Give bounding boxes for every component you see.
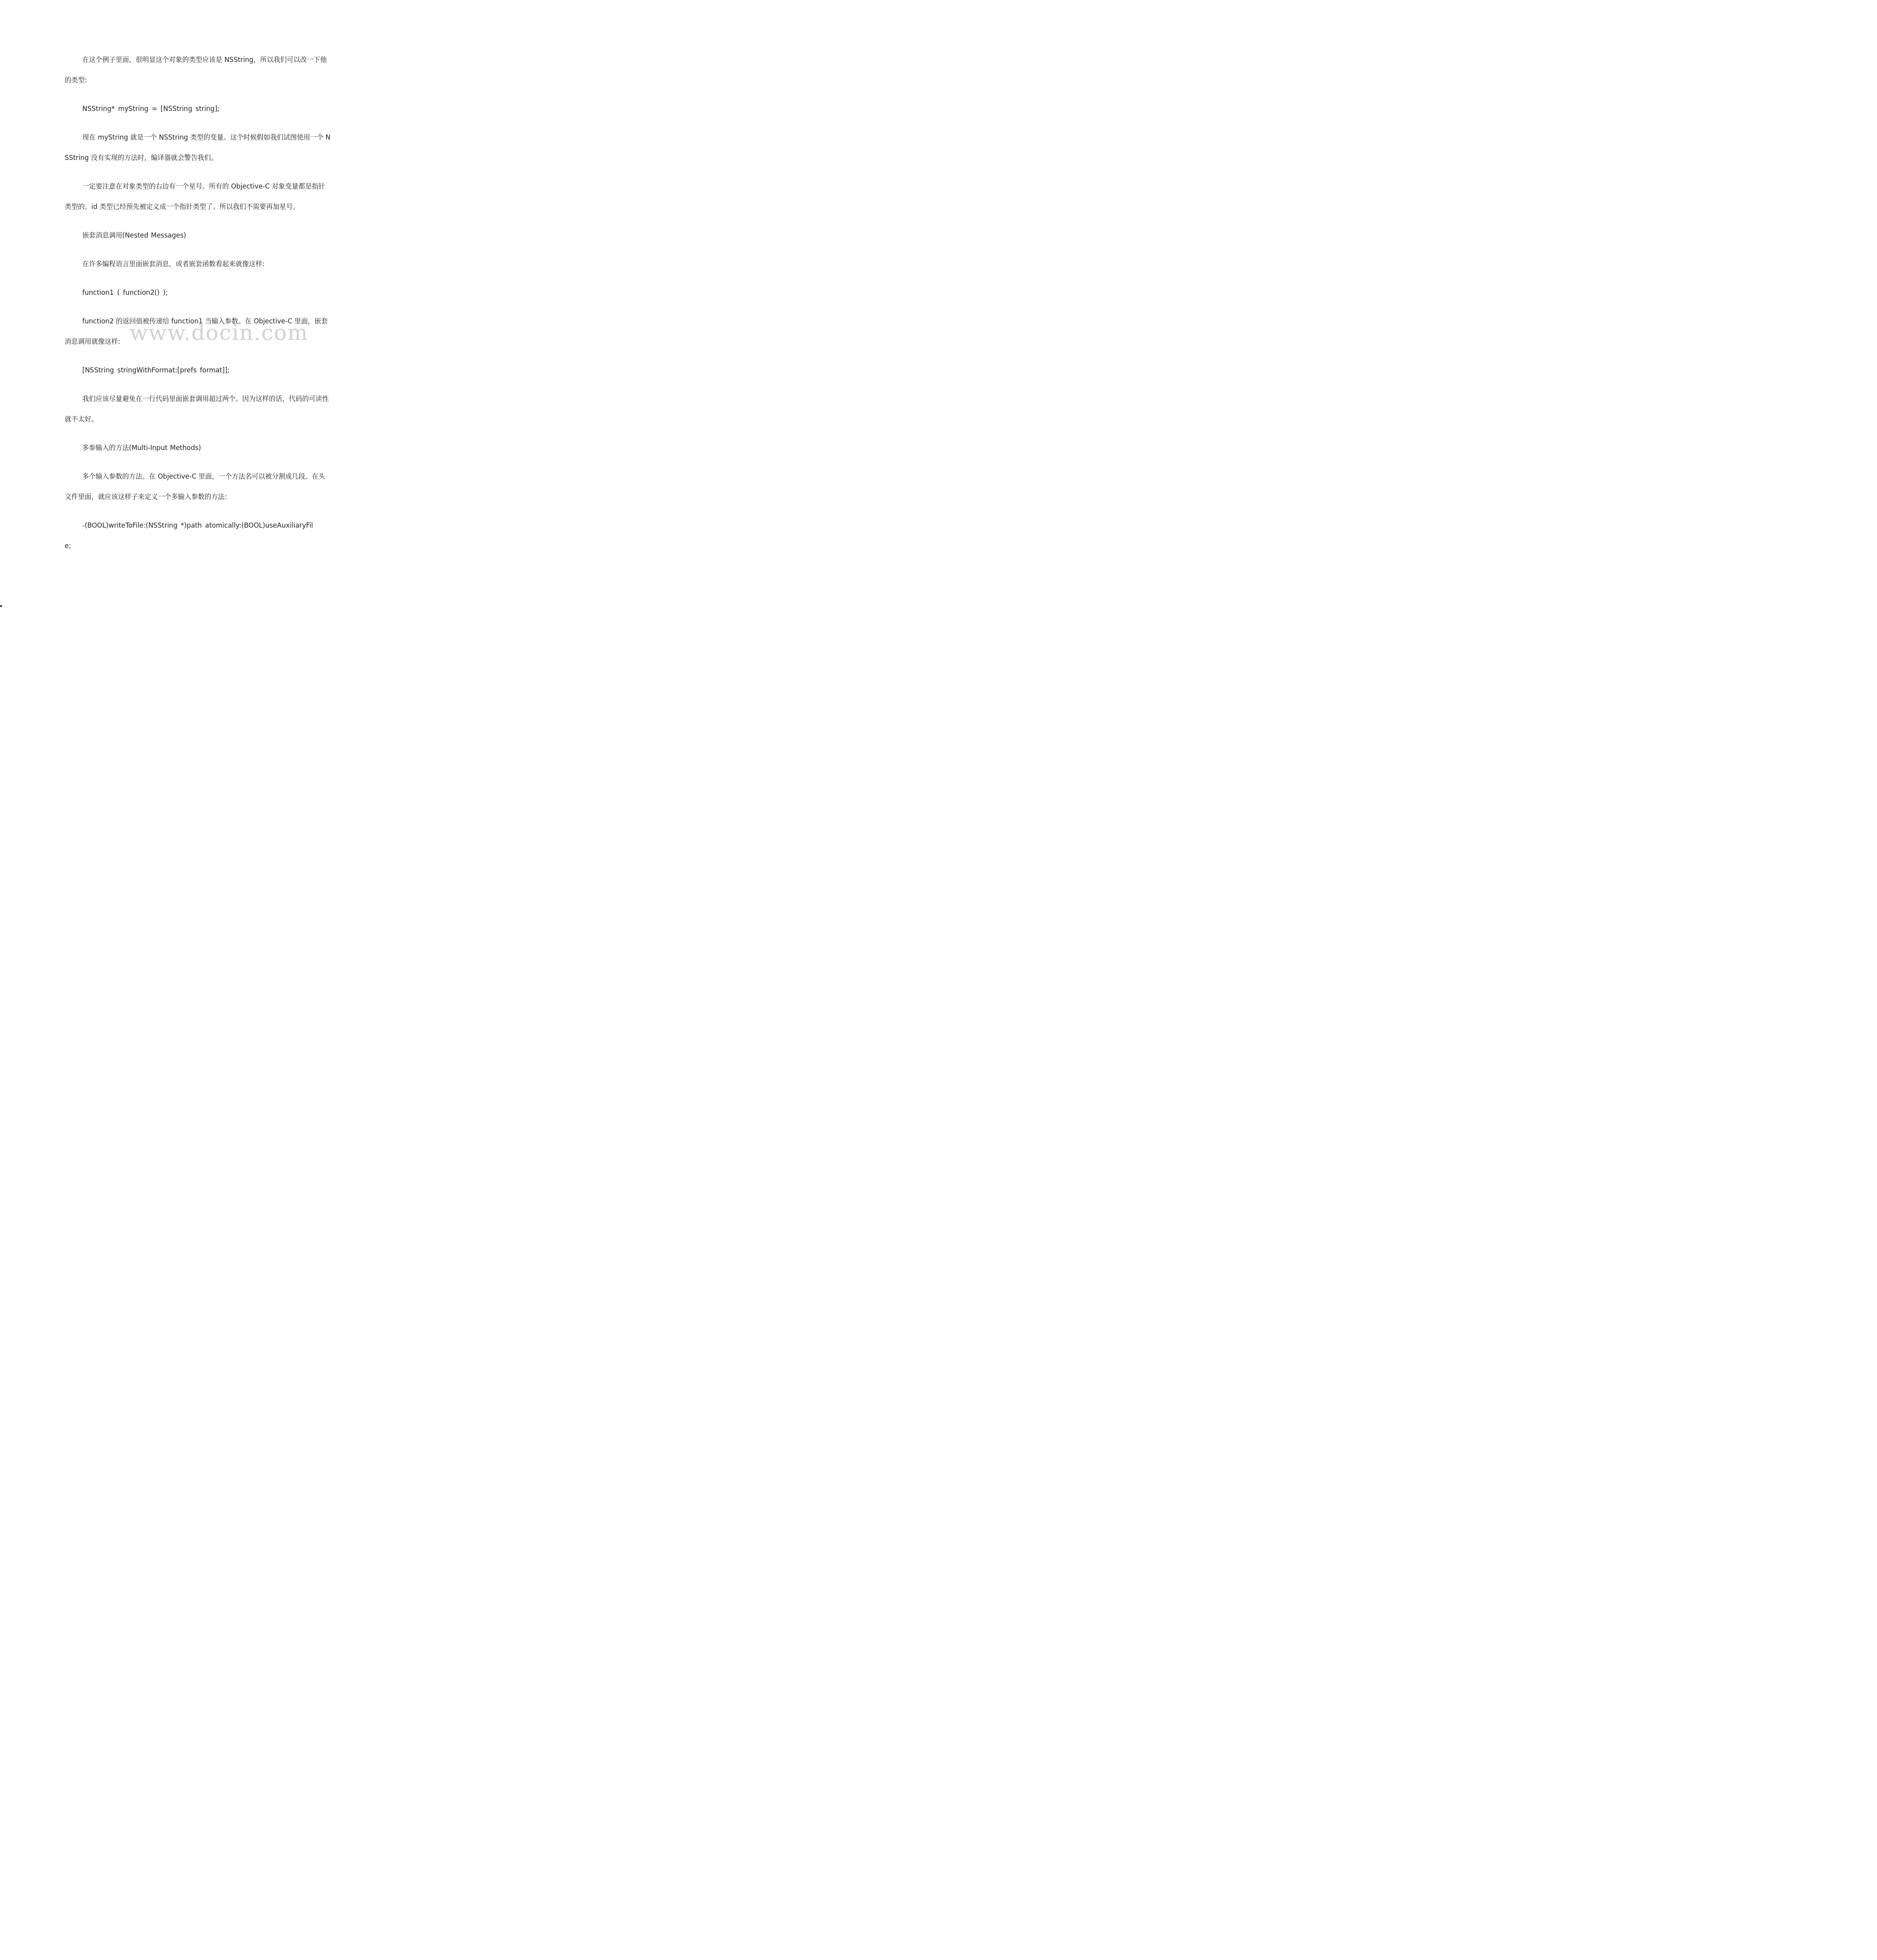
document-body: 在这个例子里面，很明显这个对象的类型应该是 NSString，所以我们可以改一下…: [65, 50, 368, 556]
text-line: 在这个例子里面，很明显这个对象的类型应该是 NSString，所以我们可以改一下…: [65, 50, 368, 70]
text-line: 的类型:: [65, 70, 368, 91]
section-heading: 多参输入的方法(Multi-Input Methods): [65, 438, 368, 458]
text-line: 类型的。id 类型已经预先被定义成一个指针类型了。所以我们不需要再加星号。: [65, 197, 368, 217]
text-line: 在许多编程语言里面嵌套消息，或者嵌套函数看起来就像这样:: [65, 254, 368, 274]
text-line: 我们应该尽量避免在一行代码里面嵌套调用超过两个。因为这样的话，代码的可读性: [65, 389, 368, 409]
text-line: function1 ( function2() );: [65, 283, 368, 303]
text-line: -(BOOL)writeToFile:(NSString *)path atom…: [65, 515, 368, 536]
paragraph: 在许多编程语言里面嵌套消息，或者嵌套函数看起来就像这样:: [65, 254, 368, 274]
paragraph: 现在 myString 就是一个 NSString 类型的变量。这个时候假如我们…: [65, 127, 368, 168]
text-line: 多个输入参数的方法。在 Objective-C 里面，一个方法名可以被分割成几段…: [65, 466, 368, 487]
text-line: 嵌套消息调用(Nested Messages): [65, 225, 368, 246]
text-line: [NSString stringWithFormat:[prefs format…: [65, 360, 368, 381]
paragraph: 多个输入参数的方法。在 Objective-C 里面，一个方法名可以被分割成几段…: [65, 466, 368, 507]
scanned-document-page: www.docin.com 在这个例子里面，很明显这个对象的类型应该是 NSSt…: [0, 0, 431, 607]
paragraph: 在这个例子里面，很明显这个对象的类型应该是 NSString，所以我们可以改一下…: [65, 50, 368, 91]
text-line: function2 的返回值被传递给 function1 当输入参数。在 Obj…: [65, 311, 368, 332]
text-line: 就不太好。: [65, 409, 368, 430]
paragraph: 一定要注意在对象类型的右边有一个星号。所有的 Objective-C 对象变量都…: [65, 176, 368, 217]
code-block: function1 ( function2() );: [65, 283, 368, 303]
text-line: 一定要注意在对象类型的右边有一个星号。所有的 Objective-C 对象变量都…: [65, 176, 368, 197]
text-line: 现在 myString 就是一个 NSString 类型的变量。这个时候假如我们…: [65, 127, 368, 148]
text-line: e;: [65, 536, 368, 556]
code-block: [NSString stringWithFormat:[prefs format…: [65, 360, 368, 381]
paragraph: 我们应该尽量避免在一行代码里面嵌套调用超过两个。因为这样的话，代码的可读性就不太…: [65, 389, 368, 430]
text-line: SString 没有实现的方法时，编译器就会警告我们。: [65, 148, 368, 168]
text-line: 文件里面，就应该这样子来定义一个多输入参数的方法:: [65, 487, 368, 507]
paragraph: function2 的返回值被传递给 function1 当输入参数。在 Obj…: [65, 311, 368, 352]
scan-artifact: [0, 605, 2, 607]
section-heading: 嵌套消息调用(Nested Messages): [65, 225, 368, 246]
text-line: 多参输入的方法(Multi-Input Methods): [65, 438, 368, 458]
code-block: NSString* myString = [NSString string];: [65, 99, 368, 119]
text-line: 消息调用就像这样:: [65, 332, 368, 352]
text-line: NSString* myString = [NSString string];: [65, 99, 368, 119]
code-block: -(BOOL)writeToFile:(NSString *)path atom…: [65, 515, 368, 556]
